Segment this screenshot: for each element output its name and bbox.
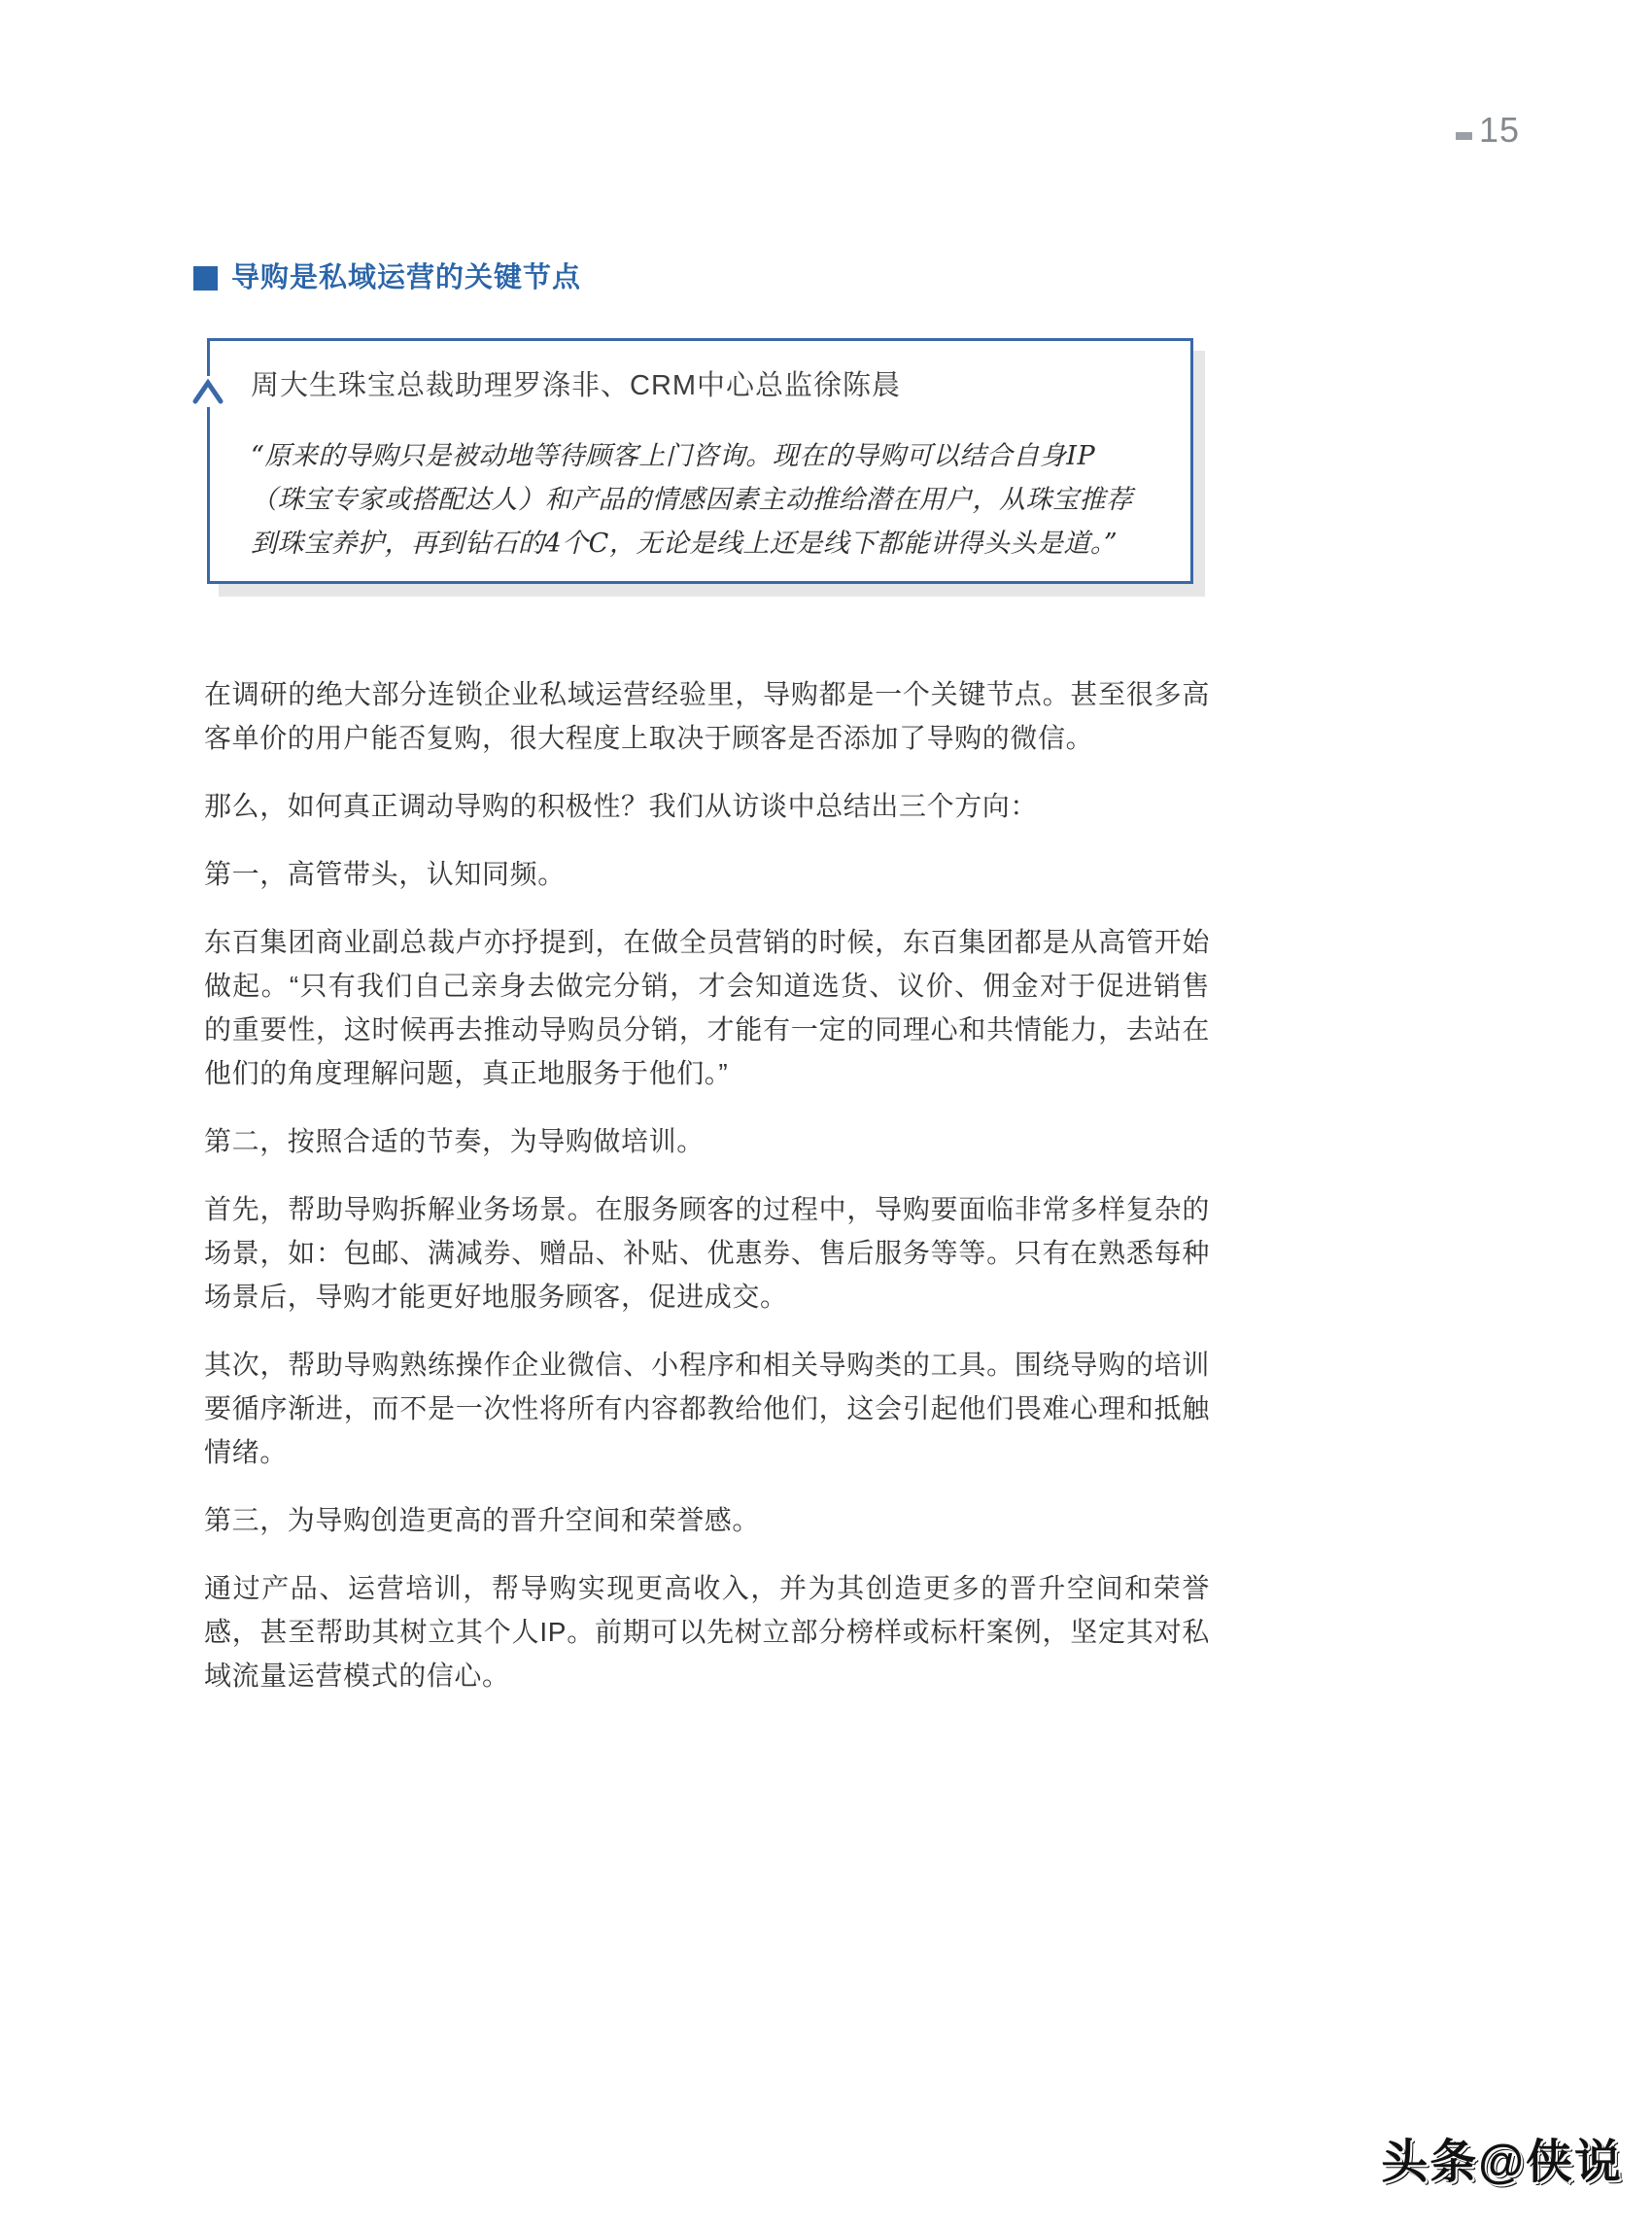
page-number: 15 <box>1456 113 1520 148</box>
document-page: { "page": { "number": "15" }, "section":… <box>0 0 1652 2226</box>
page-number-value: 15 <box>1479 113 1520 148</box>
section-title: 导购是私域运营的关键节点 <box>231 258 581 297</box>
section-marker-square <box>193 266 218 291</box>
watermark-text: 头条@侠说 <box>1381 2124 1623 2191</box>
paragraph: 那么，如何真正调动导购的积极性？我们从访谈中总结出三个方向： <box>204 784 1210 828</box>
paragraph: 在调研的绝大部分连锁企业私域运营经验里，导购都是一个关键节点。甚至很多高客单价的… <box>204 672 1210 760</box>
quote-attribution: 周大生珠宝总裁助理罗涤非、CRM中心总监徐陈晨 <box>251 366 1147 405</box>
page-number-dash <box>1456 132 1472 140</box>
paragraph: 其次，帮助导购熟练操作企业微信、小程序和相关导购类的工具。围绕导购的培训要循序渐… <box>204 1343 1210 1474</box>
paragraph: 第一，高管带头，认知同频。 <box>204 852 1210 896</box>
section-header: 导购是私域运营的关键节点 <box>193 258 581 297</box>
quote-text: “原来的导购只是被动地等待顾客上门咨询。现在的导购可以结合自身IP（珠宝专家或搭… <box>251 434 1147 565</box>
paragraph: 通过产品、运营培训，帮导购实现更高收入，并为其创造更多的晋升空间和荣誉感，甚至帮… <box>204 1566 1210 1697</box>
body-content: 在调研的绝大部分连锁企业私域运营经验里，导购都是一个关键节点。甚至很多高客单价的… <box>204 672 1210 1722</box>
chevron-up-icon <box>190 376 225 407</box>
paragraph: 第二，按照合适的节奏，为导购做培训。 <box>204 1119 1210 1163</box>
paragraph: 东百集团商业副总裁卢亦抒提到，在做全员营销的时候，东百集团都是从高管开始做起。“… <box>204 920 1210 1095</box>
quote-box: 周大生珠宝总裁助理罗涤非、CRM中心总监徐陈晨 “原来的导购只是被动地等待顾客上… <box>207 338 1193 584</box>
paragraph: 第三，为导购创造更高的晋升空间和荣誉感。 <box>204 1498 1210 1542</box>
paragraph: 首先，帮助导购拆解业务场景。在服务顾客的过程中，导购要面临非常多样复杂的场景，如… <box>204 1187 1210 1318</box>
